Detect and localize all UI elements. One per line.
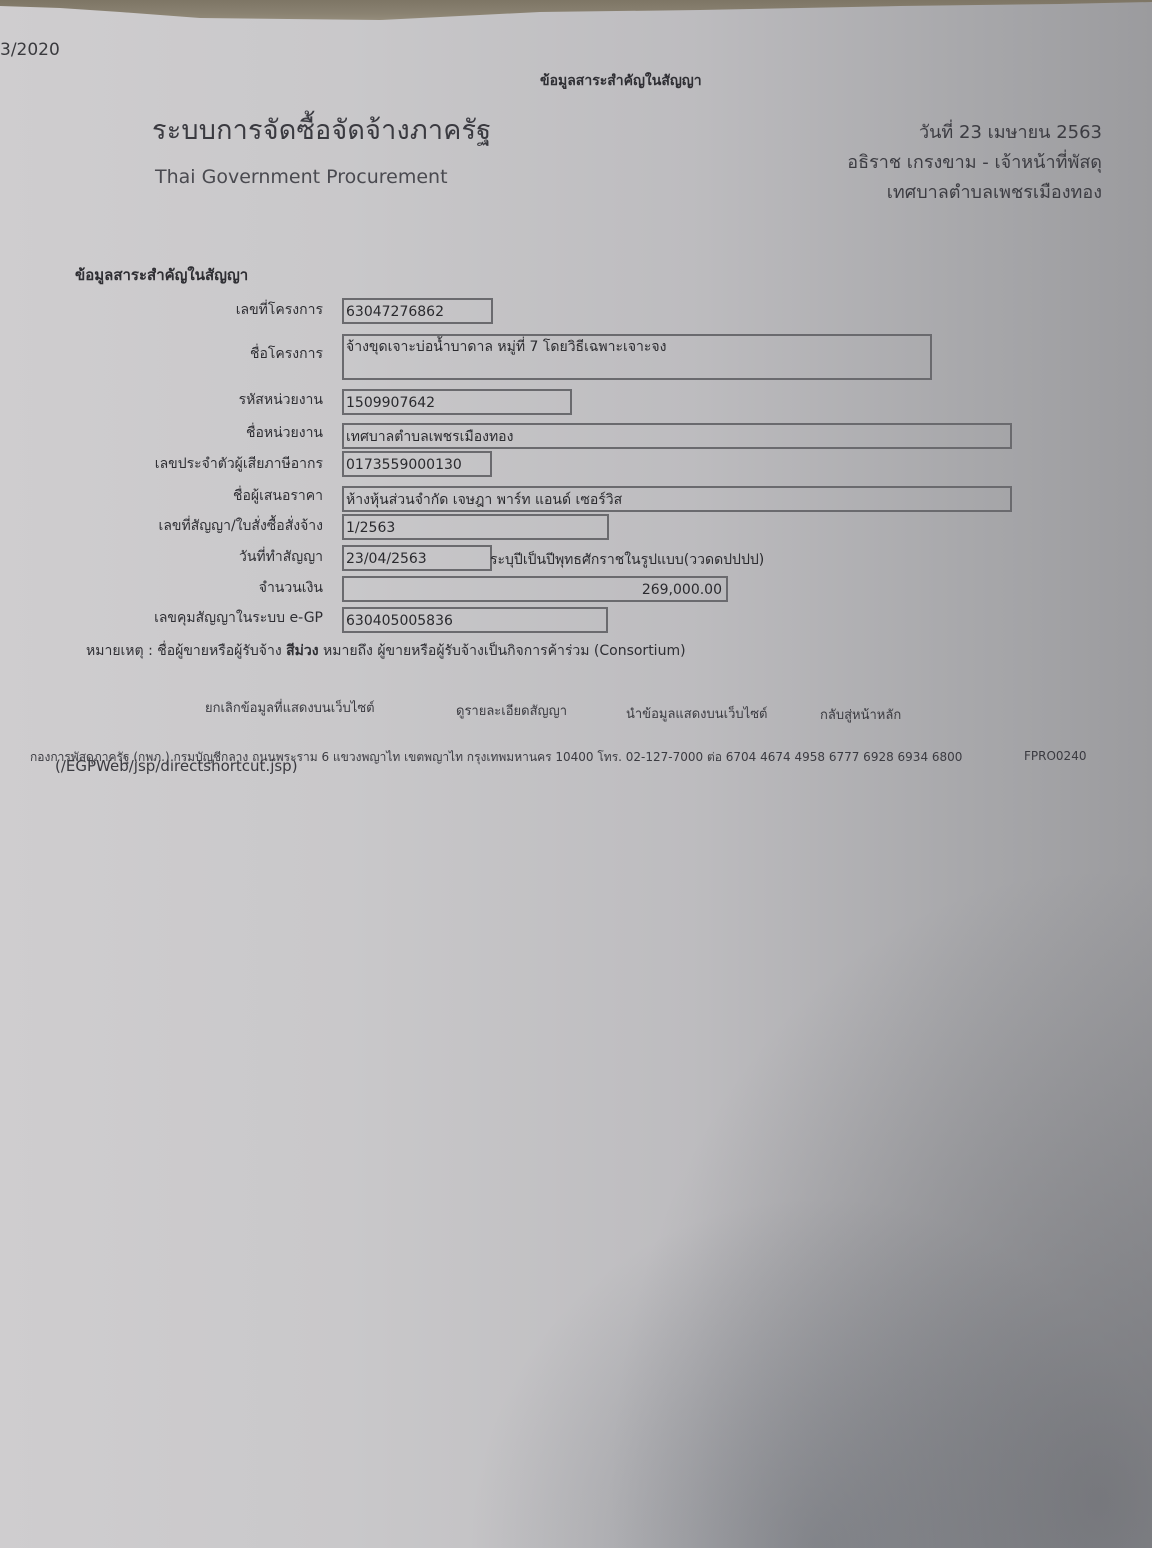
amount-field[interactable]: 269,000.00 — [342, 576, 728, 602]
agency-code-label: รหัสหน่วยงาน — [63, 389, 323, 411]
bidder-name-label: ชื่อผู้เสนอราคา — [63, 485, 323, 507]
contract-no-field[interactable]: 1/2563 — [342, 514, 609, 540]
contract-date-label: วันที่ทำสัญญา — [63, 546, 323, 568]
header-user: อธิราช เกรงขาม - เจ้าหน้าที่พัสดุ — [847, 148, 1102, 178]
document-title: ข้อมูลสาระสำคัญในสัญญา — [540, 70, 702, 92]
header-organization: เทศบาลตำบลเพชรเมืองทอง — [847, 178, 1102, 208]
project-no-field[interactable]: 63047276862 — [342, 298, 493, 324]
publish-to-website-link[interactable]: นำข้อมูลแสดงบนเว็บไซต์ — [626, 703, 767, 724]
footer-url-path: (/EGPWeb/jsp/directshortcut.jsp) — [55, 757, 298, 775]
taxpayer-id-label: เลขประจำตัวผู้เสียภาษีอากร — [63, 453, 323, 475]
contract-no-label: เลขที่สัญญา/ใบสั่งซื้อสั่งจ้าง — [63, 515, 323, 537]
project-no-label: เลขที่โครงการ — [63, 299, 323, 321]
agency-code-field[interactable]: 1509907642 — [342, 389, 572, 415]
back-to-home-link[interactable]: กลับสู่หน้าหลัก — [820, 704, 901, 725]
taxpayer-id-field[interactable]: 0173559000130 — [342, 451, 492, 477]
note-suffix: หมายถึง ผู้ขายหรือผู้รับจ้างเป็นกิจการค้… — [319, 643, 686, 659]
view-contract-details-link[interactable]: ดูรายละเอียดสัญญา — [456, 700, 567, 721]
footer-page-code: FPRO0240 — [1024, 749, 1086, 763]
amount-label: จำนวนเงิน — [63, 577, 323, 599]
contract-date-field[interactable]: 23/04/2563 — [342, 545, 492, 571]
bidder-name-field[interactable]: ห้างหุ้นส่วนจำกัด เจษฎา พาร์ท แอนด์ เซอร… — [342, 486, 1012, 512]
cancel-publish-link[interactable]: ยกเลิกข้อมูลที่แสดงบนเว็บไซต์ — [205, 697, 375, 718]
note-highlight-purple: สีม่วง — [286, 643, 318, 659]
egp-control-no-label: เลขคุมสัญญาในระบบ e-GP — [63, 607, 323, 629]
header-user-info: วันที่ 23 เมษายน 2563 อธิราช เกรงขาม - เ… — [847, 118, 1102, 208]
note-prefix: หมายเหตุ : ชื่อผู้ขายหรือผู้รับจ้าง — [86, 643, 286, 659]
section-title: ข้อมูลสาระสำคัญในสัญญา — [75, 263, 248, 287]
system-title-english: Thai Government Procurement — [155, 166, 448, 188]
egp-control-no-field[interactable]: 630405005836 — [342, 607, 608, 633]
agency-name-label: ชื่อหน่วยงาน — [63, 422, 323, 444]
system-title-thai: ระบบการจัดซื้อจัดจ้างภาครัฐ — [152, 108, 491, 151]
project-name-label: ชื่อโครงการ — [63, 343, 323, 365]
agency-name-field[interactable]: เทศบาลตำบลเพชรเมืองทอง — [342, 423, 1012, 449]
contract-date-format-hint: ระบุปีเป็นปีพุทธศักราชในรูปแบบ(ววดดปปปป) — [490, 549, 764, 571]
project-name-field[interactable]: จ้างขุดเจาะบ่อน้ำบาดาล หมู่ที่ 7 โดยวิธี… — [342, 334, 932, 380]
header-date: วันที่ 23 เมษายน 2563 — [847, 118, 1102, 148]
print-date-fragment: 3/2020 — [0, 40, 60, 60]
consortium-note: หมายเหตุ : ชื่อผู้ขายหรือผู้รับจ้าง สีม่… — [86, 640, 686, 662]
